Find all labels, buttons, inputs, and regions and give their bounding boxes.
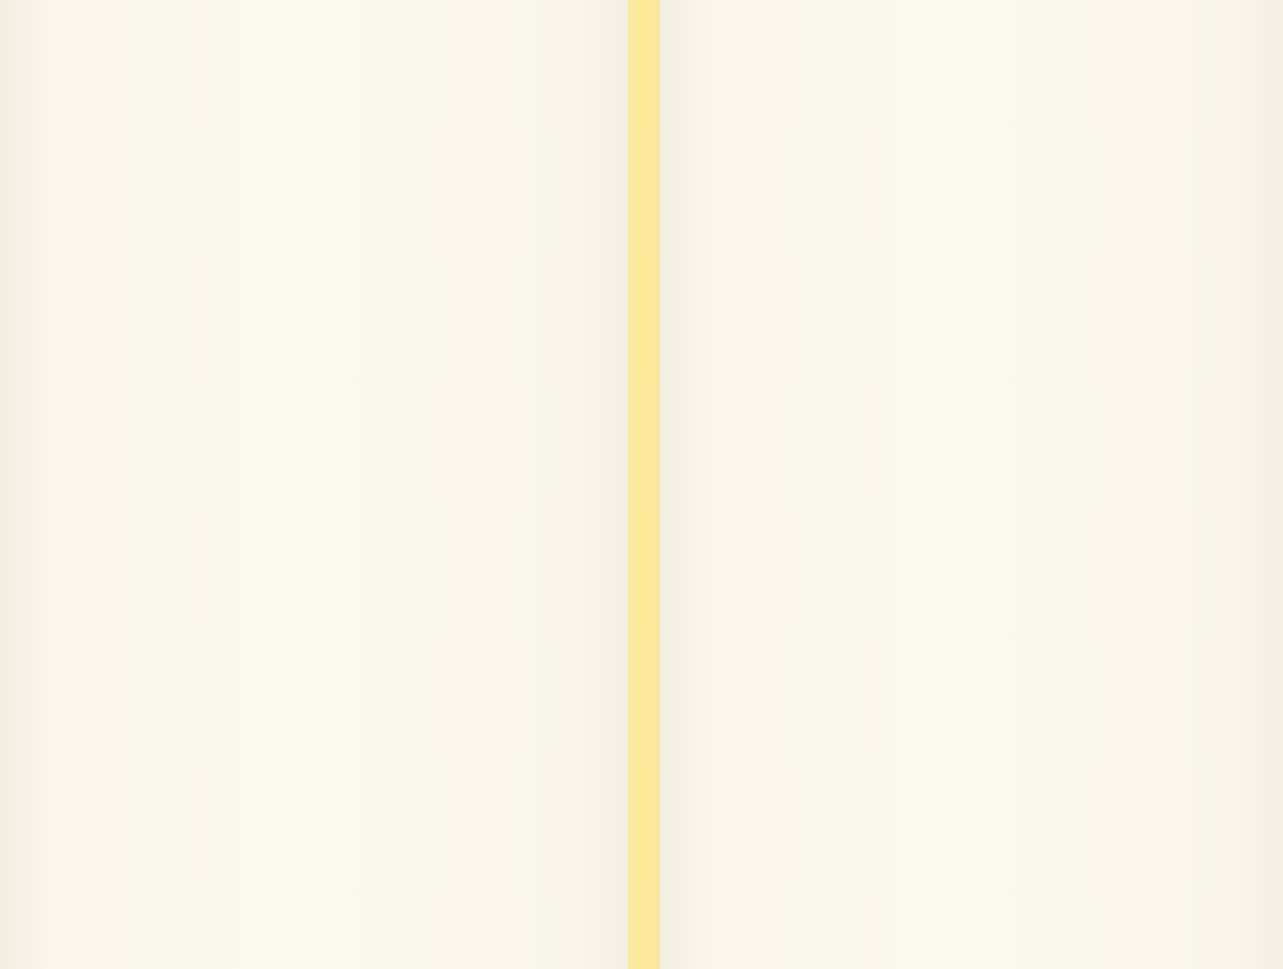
page-gutter: [628, 0, 660, 969]
right-page: [660, 0, 1283, 969]
letter-spread: [0, 0, 1283, 969]
left-page: [0, 0, 628, 969]
